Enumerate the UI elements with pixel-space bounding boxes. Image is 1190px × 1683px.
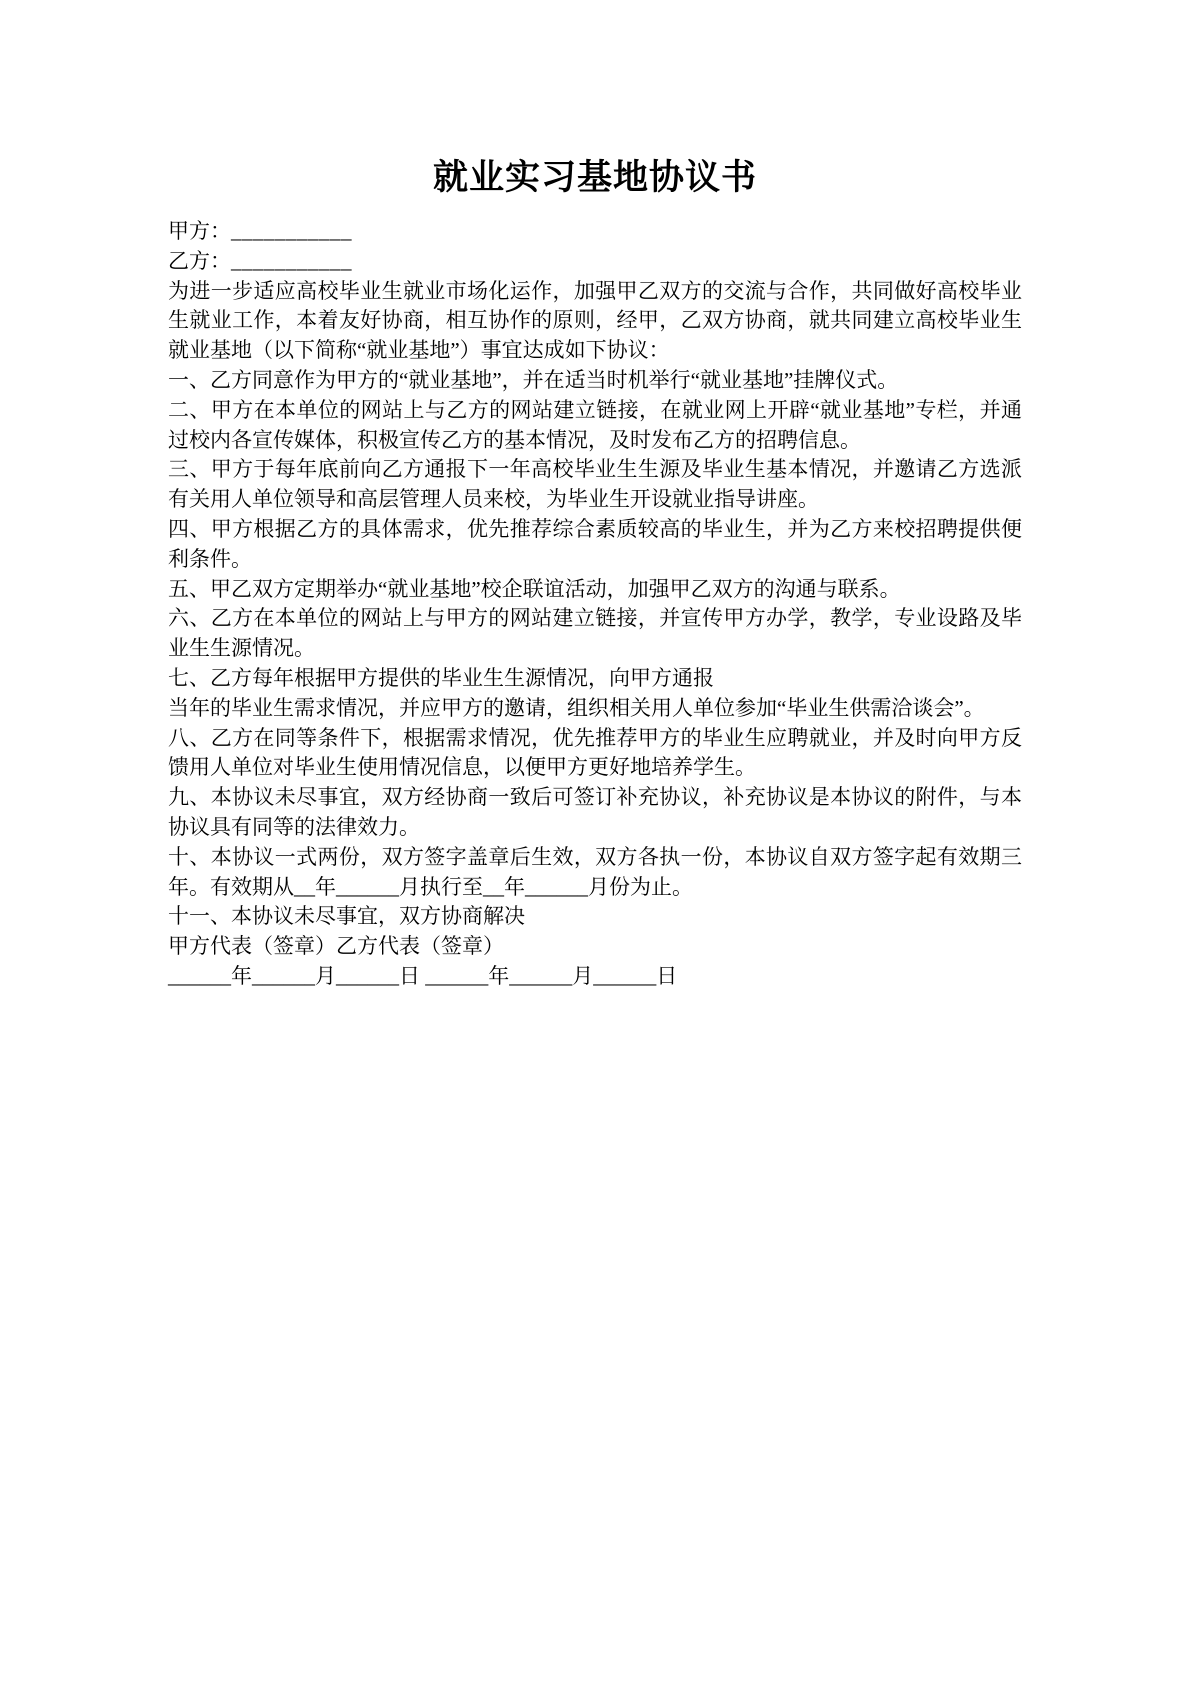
clause-2: 二、甲方在本单位的网站上与乙方的网站建立链接，在就业网上开辟“就业基地”专栏，并… xyxy=(168,396,1022,456)
date-line: ______年______月______日 ______年______月____… xyxy=(168,962,1022,992)
document-title: 就业实习基地协议书 xyxy=(168,156,1022,200)
party-b-line: 乙方：___________ xyxy=(168,247,1022,277)
party-a-line: 甲方：___________ xyxy=(168,217,1022,247)
clause-4: 四、甲方根据乙方的具体需求，优先推荐综合素质较高的毕业生，并为乙方来校招聘提供便… xyxy=(168,515,1022,575)
clause-6: 六、乙方在本单位的网站上与甲方的网站建立链接，并宣传甲方办学，教学，专业设路及毕… xyxy=(168,604,1022,664)
document-page: 就业实习基地协议书 甲方：___________ 乙方：___________ … xyxy=(0,0,1190,1683)
party-b-label: 乙方： xyxy=(168,249,231,273)
clause-9: 九、本协议未尽事宜，双方经协商一致后可签订补充协议，补充协议是本协议的附件，与本… xyxy=(168,783,1022,843)
clause-11: 十一、本协议未尽事宜，双方协商解决 xyxy=(168,902,1022,932)
clause-3: 三、甲方于每年底前向乙方通报下一年高校毕业生生源及毕业生基本情况，并邀请乙方选派… xyxy=(168,455,1022,515)
party-a-blank: ___________ xyxy=(231,219,352,243)
clause-8: 八、乙方在同等条件下，根据需求情况，优先推荐甲方的毕业生应聘就业，并及时向甲方反… xyxy=(168,724,1022,784)
clause-7: 七、乙方每年根据甲方提供的毕业生生源情况，向甲方通报 xyxy=(168,664,1022,694)
signature-line: 甲方代表（签章）乙方代表（签章） xyxy=(168,932,1022,962)
party-a-label: 甲方： xyxy=(168,219,231,243)
clause-5: 五、甲乙双方定期举办“就业基地”校企联谊活动，加强甲乙双方的沟通与联系。 xyxy=(168,575,1022,605)
preamble: 为进一步适应高校毕业生就业市场化运作，加强甲乙双方的交流与合作，共同做好高校毕业… xyxy=(168,277,1022,366)
clause-7-continuation: 当年的毕业生需求情况，并应甲方的邀请，组织相关用人单位参加“毕业生供需洽谈会”。 xyxy=(168,694,1022,724)
clause-10: 十、本协议一式两份，双方签字盖章后生效，双方各执一份，本协议自双方签字起有效期三… xyxy=(168,843,1022,903)
clause-1: 一、乙方同意作为甲方的“就业基地”，并在适当时机举行“就业基地”挂牌仪式。 xyxy=(168,366,1022,396)
party-b-blank: ___________ xyxy=(231,249,352,273)
